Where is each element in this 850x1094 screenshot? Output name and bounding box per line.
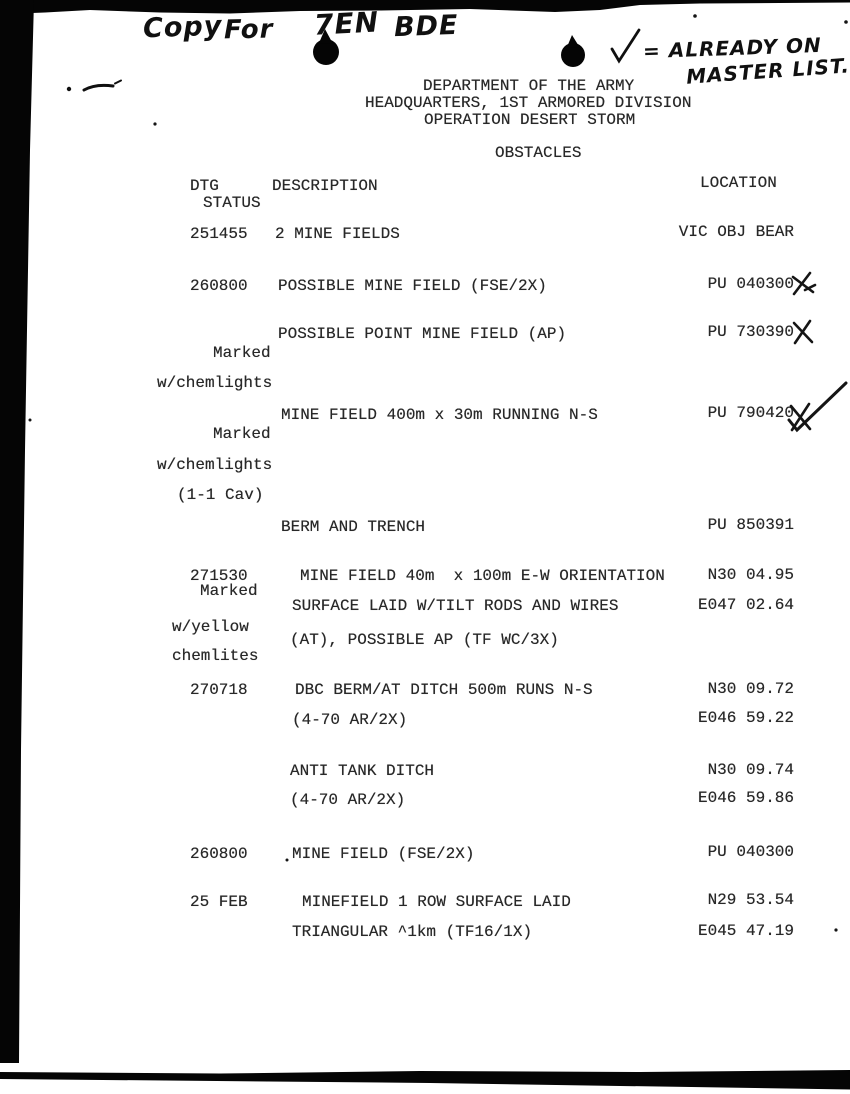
checkmark-icon bbox=[612, 30, 639, 61]
row-status: Marked bbox=[200, 583, 258, 600]
row-description: (AT), POSSIBLE AP (TF WC/3X) bbox=[290, 632, 559, 649]
handwritten-unit-7en: 7EN bbox=[313, 5, 380, 41]
row-status: w/chemlights bbox=[157, 457, 272, 474]
row-dtg: 251455 bbox=[190, 226, 248, 243]
letterhead-line1: DEPARTMENT OF THE ARMY bbox=[423, 78, 634, 95]
row-location: N30 04.95 bbox=[708, 567, 794, 584]
row-dtg: 25 FEB bbox=[190, 894, 248, 911]
scanned-document-page: Copy For 7EN BDE = ALREADY ON MASTER LIS… bbox=[0, 0, 850, 1094]
scan-edge-bottom bbox=[0, 1070, 850, 1090]
row-status: (1-1 Cav) bbox=[177, 487, 263, 504]
hole-punch-dot-right bbox=[561, 35, 585, 67]
row-location: N30 09.72 bbox=[708, 681, 794, 698]
row-description: (4-70 AR/2X) bbox=[292, 712, 407, 729]
handwritten-unit-bde: BDE bbox=[393, 10, 458, 43]
row-description: POSSIBLE MINE FIELD (FSE/2X) bbox=[278, 278, 547, 295]
row-description: MINE FIELD (FSE/2X) bbox=[292, 846, 474, 863]
column-header-description: DESCRIPTION bbox=[272, 178, 378, 195]
check-x-mark-row3 bbox=[789, 383, 846, 430]
row-dtg: 260800 bbox=[190, 278, 248, 295]
row-location: E046 59.86 bbox=[698, 790, 794, 807]
row-description: MINE FIELD 400m x 30m RUNNING N-S bbox=[281, 407, 598, 424]
row-description: POSSIBLE POINT MINE FIELD (AP) bbox=[278, 326, 566, 343]
row-status: w/chemlights bbox=[157, 375, 272, 392]
row-location: PU 040300 bbox=[708, 844, 794, 861]
row-status: Marked bbox=[213, 345, 271, 362]
document-title: OBSTACLES bbox=[495, 145, 581, 162]
row-location: PU 040300 bbox=[708, 276, 794, 293]
letterhead-line2: HEADQUARTERS, 1ST ARMORED DIVISION bbox=[365, 95, 691, 112]
row-location: PU 790420 bbox=[708, 405, 794, 422]
row-description: ANTI TANK DITCH bbox=[290, 763, 434, 780]
row-location: E047 02.64 bbox=[698, 597, 794, 614]
row-location: N29 53.54 bbox=[708, 892, 794, 909]
row-dtg: 270718 bbox=[190, 682, 248, 699]
row-status: Marked bbox=[213, 426, 271, 443]
letterhead-line3: OPERATION DESERT STORM bbox=[424, 112, 635, 129]
row-location: PU 730390 bbox=[708, 324, 794, 341]
row-description: SURFACE LAID W/TILT RODS AND WIRES bbox=[292, 598, 618, 615]
x-mark-row1 bbox=[793, 273, 815, 294]
column-header-location: LOCATION bbox=[700, 175, 777, 192]
row-description: (4-70 AR/2X) bbox=[290, 792, 405, 809]
row-location: E045 47.19 bbox=[698, 923, 794, 940]
row-location: VIC OBJ BEAR bbox=[679, 224, 794, 241]
x-mark-row2 bbox=[794, 321, 812, 343]
handwritten-dash-mark bbox=[67, 81, 121, 92]
row-description: BERM AND TRENCH bbox=[281, 519, 425, 536]
column-header-status: STATUS bbox=[203, 195, 261, 212]
handwritten-copy: Copy bbox=[142, 11, 222, 45]
row-description: MINEFIELD 1 ROW SURFACE LAID bbox=[302, 894, 571, 911]
row-status: w/yellow bbox=[172, 619, 249, 636]
row-status: chemlites bbox=[172, 648, 258, 665]
row-description: 2 MINE FIELDS bbox=[275, 226, 400, 243]
row-location: PU 850391 bbox=[708, 517, 794, 534]
row-description: MINE FIELD 40m x 100m E-W ORIENTATION bbox=[300, 568, 665, 585]
row-location: N30 09.74 bbox=[708, 762, 794, 779]
row-description: DBC BERM/AT DITCH 500m RUNS N-S bbox=[295, 682, 593, 699]
row-location: E046 59.22 bbox=[698, 710, 794, 727]
scan-edge-left bbox=[0, 0, 34, 1063]
row-dtg: 260800 bbox=[190, 846, 248, 863]
handwritten-for: For bbox=[224, 15, 274, 46]
row-description: TRIANGULAR ^1km (TF16/1X) bbox=[292, 924, 532, 941]
column-header-dtg: DTG bbox=[190, 178, 219, 195]
